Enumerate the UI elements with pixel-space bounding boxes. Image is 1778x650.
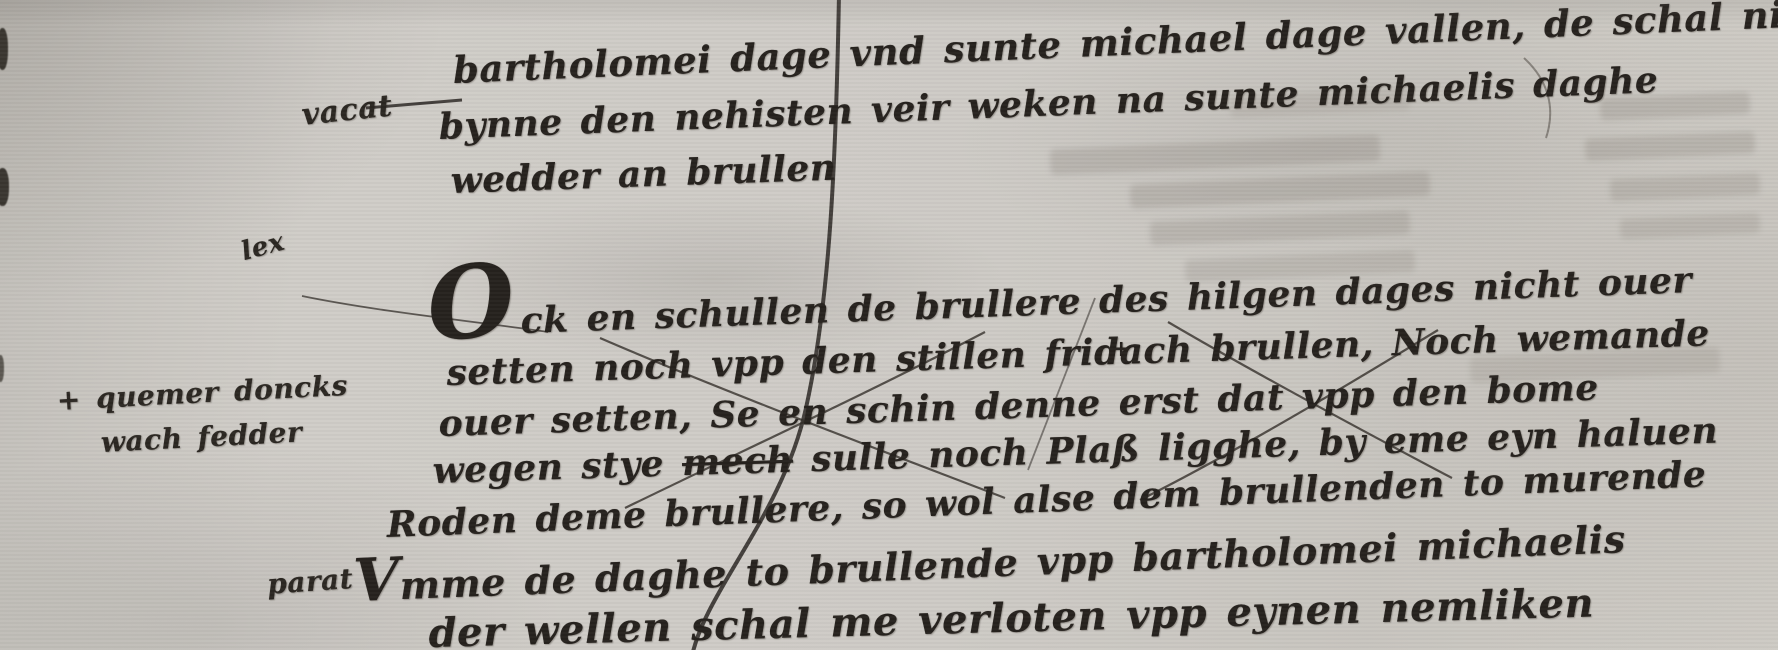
margin-cross-note-line2: wach fedder: [100, 415, 303, 458]
scan-edge-mark: [0, 168, 9, 206]
manuscript-text-line: wedder an brullen: [450, 147, 837, 202]
margin-cross-note-line1: + quemer doncks: [56, 369, 349, 417]
margin-note-parat: parat: [266, 562, 354, 601]
verso-showthrough: [1150, 210, 1411, 245]
verso-showthrough: [1585, 131, 1756, 160]
verso-showthrough: [1050, 135, 1381, 175]
manuscript-text-segment: wegen stye: [432, 443, 665, 492]
interlinear-caret-mark: +: [1112, 336, 1131, 362]
verso-showthrough: [1130, 171, 1431, 208]
verso-showthrough: [1620, 213, 1761, 239]
verso-showthrough: [1610, 173, 1761, 202]
scan-edge-mark: [0, 28, 8, 70]
margin-note-lex: lex: [238, 227, 288, 267]
scan-edge-mark: [0, 355, 4, 382]
manuscript-page: vacat lex + quemer doncks wach fedder pa…: [0, 0, 1778, 650]
struck-word: mech: [681, 439, 793, 484]
margin-note-vacat: vacat: [300, 88, 394, 132]
decorated-initial: O: [424, 258, 518, 345]
